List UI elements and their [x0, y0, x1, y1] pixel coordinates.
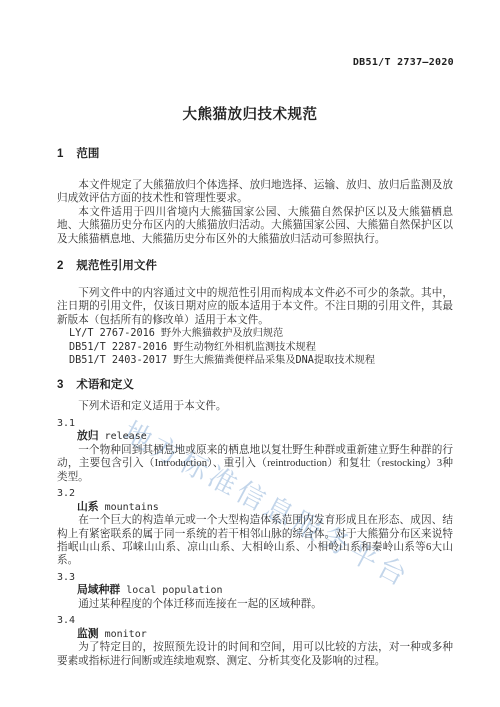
term-definition: 为了特定目的，按照预先设计的时间和空间，用可以比较的方法，对一种或多种要素或指标… — [57, 641, 453, 668]
doc-code: DB51/T 2737—2020 — [353, 57, 454, 68]
term-definition: 通过某种程度的个体迁移而连接在一起的区域种群。 — [57, 598, 453, 611]
term-name-zh: 山系 — [77, 501, 99, 513]
section-heading-scope: 1范围 — [57, 147, 453, 161]
term-number: 3.3 — [57, 571, 453, 585]
term-line: 监测monitor — [77, 628, 453, 642]
section-number: 3 — [57, 378, 63, 392]
term-block: 3.3 局域种群local population 通过某种程度的个体迁移而连接在… — [57, 571, 453, 611]
page-title: 大熊猫放归技术规范 — [0, 103, 500, 124]
term-name-en: release — [105, 431, 147, 442]
reference-item: LY/T 2767-2016 野外大熊猫救护及放归规范 — [69, 327, 453, 340]
paragraph: 下列文件中的内容通过文中的规范性引用而构成本文件必不可少的条款。其中，注日期的引… — [57, 287, 453, 327]
paragraph: 本文件适用于四川省境内大熊猫国家公园、大熊猫自然保护区以及大熊猫栖息地、大熊猫历… — [57, 206, 453, 246]
document-body: 1范围 本文件规定了大熊猫放归个体选择、放归地选择、运输、放归、放归后监测及放归… — [57, 147, 453, 668]
term-name-en: local population — [126, 585, 222, 596]
term-name-zh: 放归 — [77, 430, 99, 442]
term-definition: 在一个巨大的构造单元或一个大型构造体系范围内发育形成且在形态、成因、结构上有紧密… — [57, 514, 453, 568]
term-number: 3.2 — [57, 487, 453, 501]
term-name-zh: 局域种群 — [77, 584, 120, 596]
section-heading-normative-references: 2规范性引用文件 — [57, 259, 453, 273]
term-name-en: mountains — [105, 502, 159, 513]
reference-item: DB51/T 2403-2017 野生大熊猫粪便样品采集及DNA提取技术规程 — [69, 354, 453, 367]
document-page: DB51/T 2737—2020 大熊猫放归技术规范 地方标准信息服务平台 1范… — [0, 0, 500, 707]
page-number: 1 — [434, 643, 439, 654]
term-line: 局域种群local population — [77, 584, 453, 598]
section-number: 1 — [57, 147, 63, 161]
term-number: 3.4 — [57, 614, 453, 628]
term-line: 山系mountains — [77, 501, 453, 515]
term-name-zh: 监测 — [77, 628, 99, 640]
term-line: 放归release — [77, 430, 453, 444]
term-name-en: monitor — [105, 629, 147, 640]
section-label: 规范性引用文件 — [76, 259, 157, 273]
term-block: 3.4 监测monitor 为了特定目的，按照预先设计的时间和空间，用可以比较的… — [57, 614, 453, 668]
section-heading-terms: 3术语和定义 — [57, 378, 453, 392]
paragraph: 本文件规定了大熊猫放归个体选择、放归地选择、运输、放归、放归后监测及放归成效评估… — [57, 179, 453, 206]
term-block: 3.1 放归release 一个物种回到其栖息地或原来的栖息地以复壮野生种群或重… — [57, 417, 453, 484]
section-label: 术语和定义 — [76, 378, 134, 392]
reference-item: DB51/T 2287-2016 野生动物红外相机监测技术规程 — [69, 341, 453, 354]
terms-intro: 下列术语和定义适用于本文件。 — [57, 400, 453, 413]
section-number: 2 — [57, 259, 63, 273]
term-number: 3.1 — [57, 417, 453, 431]
section-label: 范围 — [76, 147, 99, 161]
term-block: 3.2 山系mountains 在一个巨大的构造单元或一个大型构造体系范围内发育… — [57, 487, 453, 568]
term-definition: 一个物种回到其栖息地或原来的栖息地以复壮野生种群或重新建立野生种群的行动，主要包… — [57, 444, 453, 484]
